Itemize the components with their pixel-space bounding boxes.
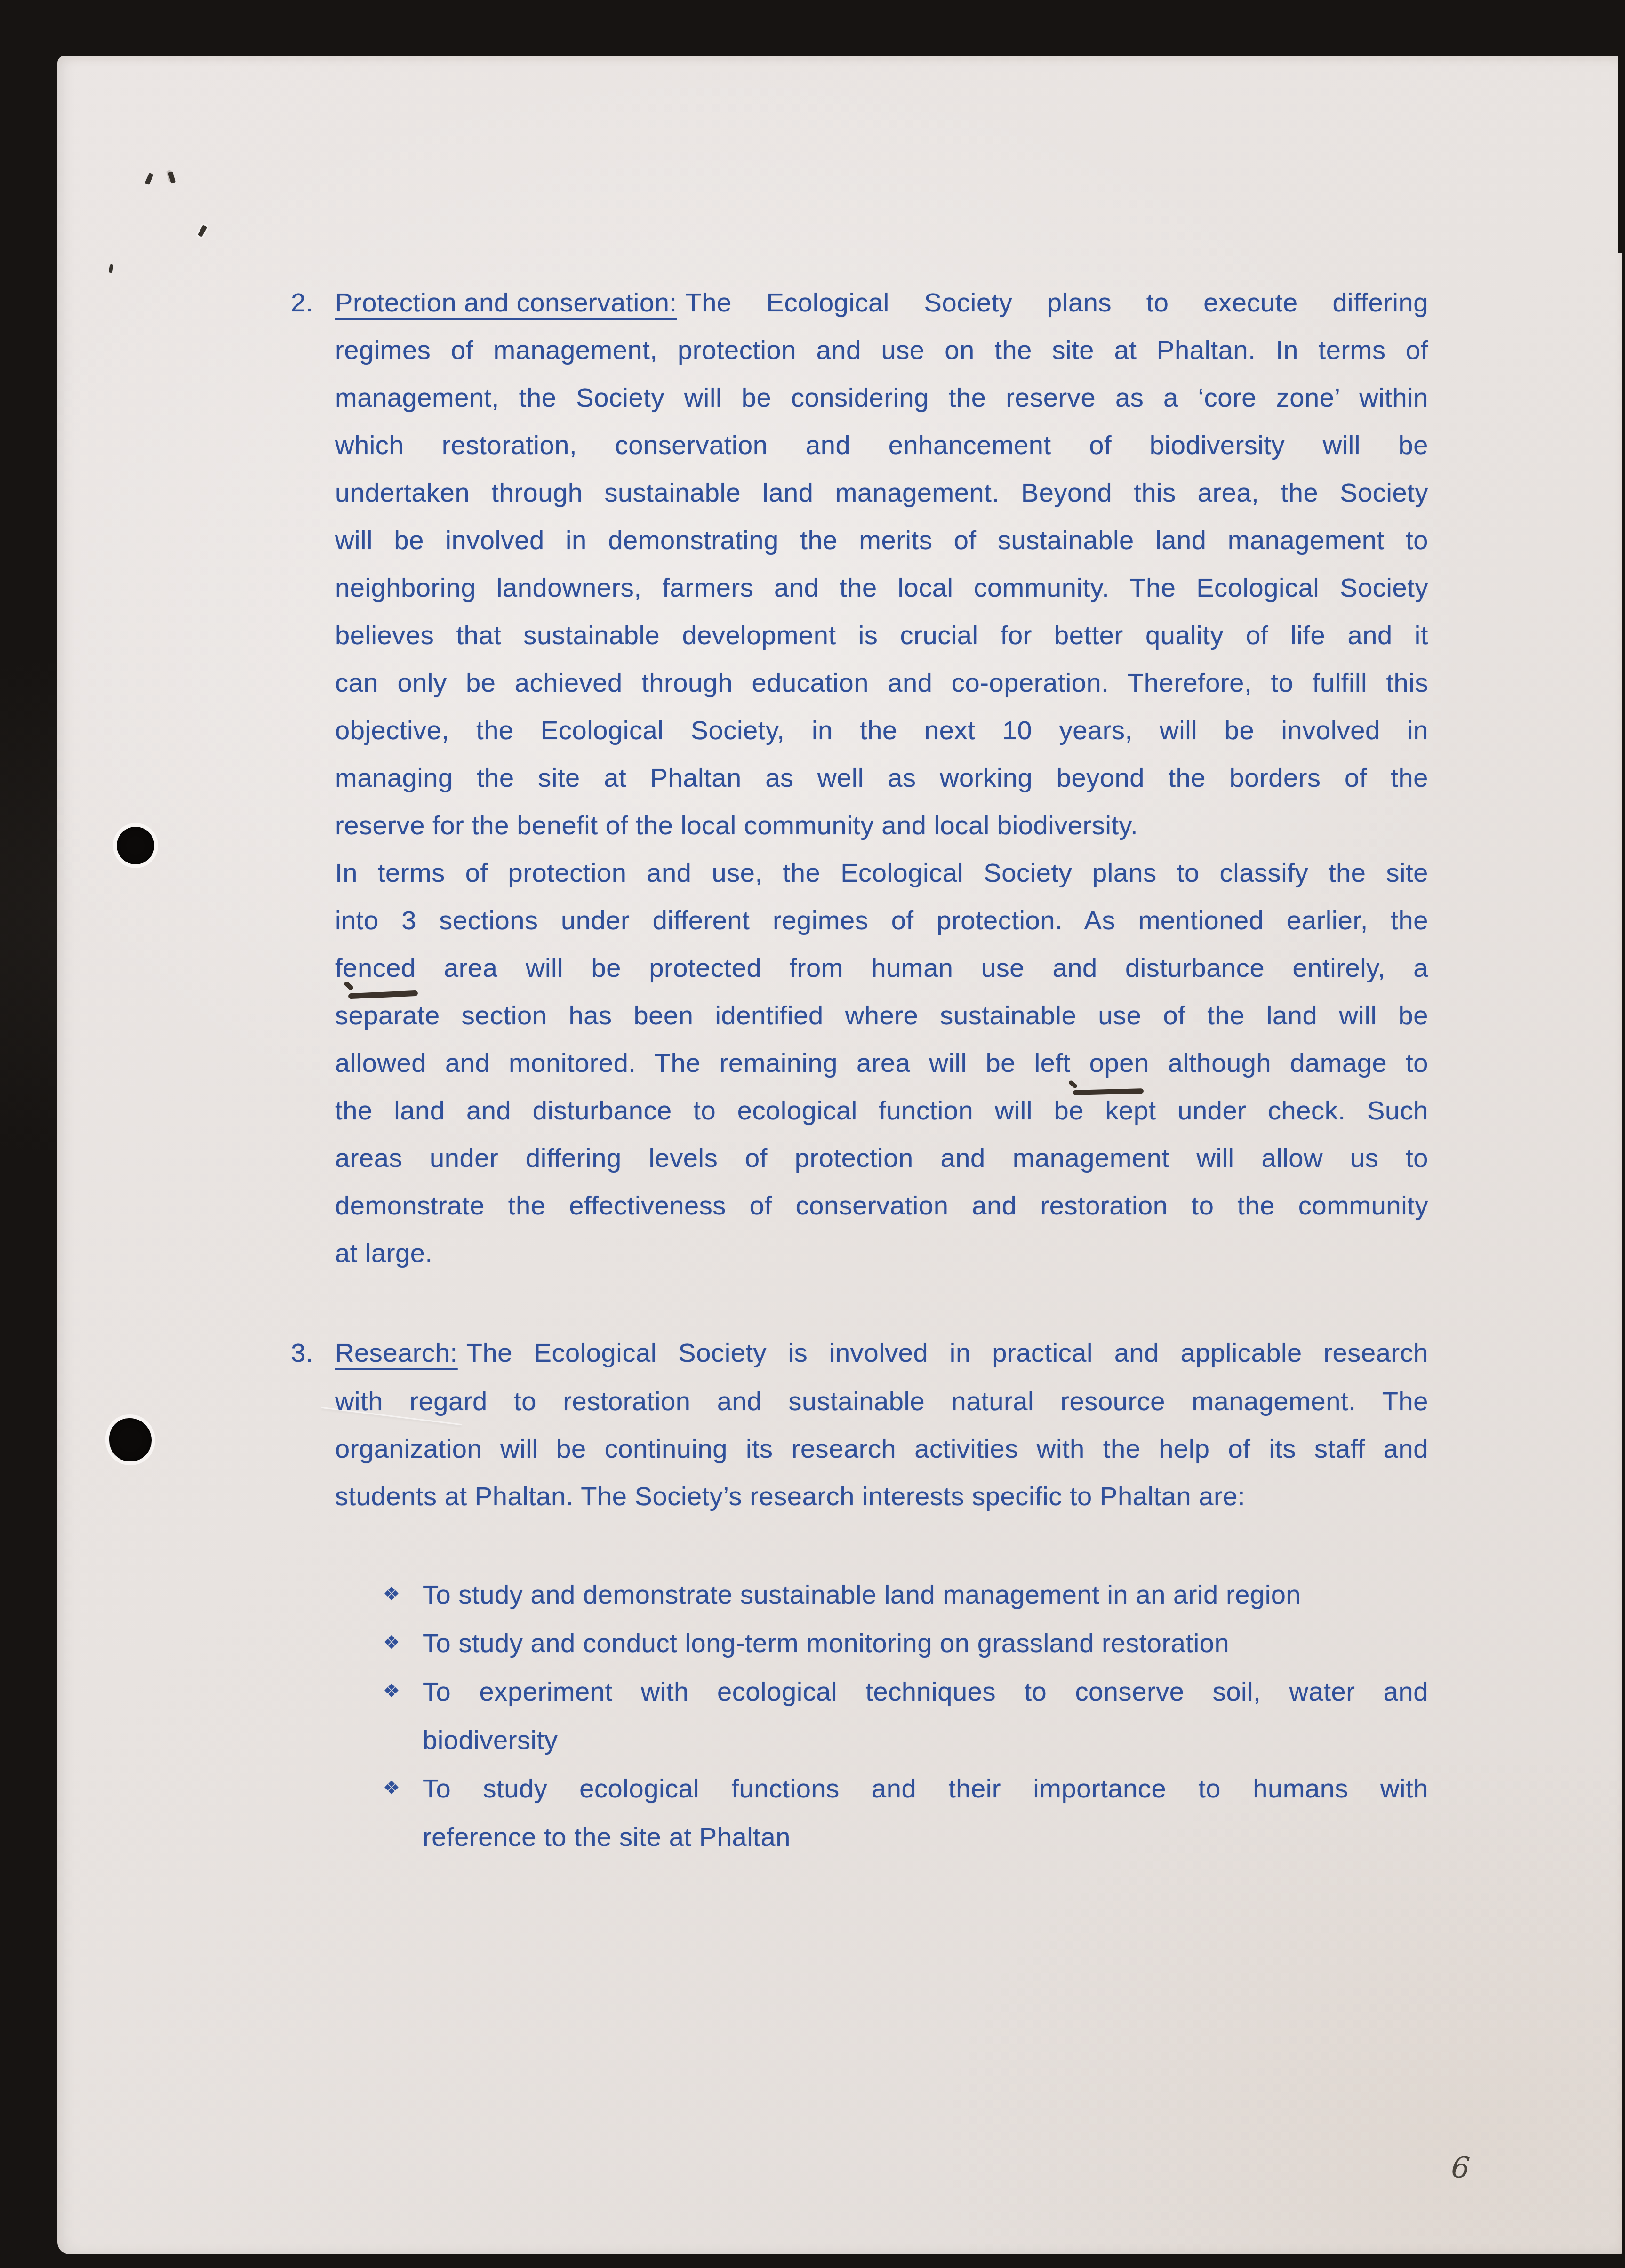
- bullet-diamond-icon: ❖: [383, 1619, 400, 1667]
- punch-hole-top: [117, 827, 154, 864]
- text-line: at large.: [335, 1229, 1428, 1277]
- text-line: managing the site at Phaltan as well as …: [335, 754, 1428, 801]
- section-2-heading-rest: The Ecological Society plans to execute …: [677, 279, 1428, 326]
- section-3-number: 3.: [291, 1329, 335, 1376]
- section-3-heading-rest: The Ecological Society is involved in pr…: [458, 1329, 1428, 1376]
- paper-page: 2. Protection and conservation: The Ecol…: [57, 56, 1622, 2254]
- bullet-diamond-icon: ❖: [383, 1764, 400, 1813]
- staple-mark: [145, 173, 154, 185]
- bullet-line: ❖To study and demonstrate sustainable la…: [335, 1570, 1428, 1619]
- text-line: regimes of management, protection and us…: [335, 326, 1428, 374]
- research-interests-list: ❖To study and demonstrate sustainable la…: [335, 1570, 1428, 1861]
- text-line: will be involved in demonstrating the me…: [335, 516, 1428, 564]
- bullet-line: ❖To experiment with ecological technique…: [335, 1667, 1428, 1716]
- text-line: reserve for the benefit of the local com…: [335, 801, 1428, 849]
- text-line: undertaken through sustainable land mana…: [335, 469, 1428, 516]
- text-line: which restoration, conservation and enha…: [335, 421, 1428, 469]
- text-line: fenced area will be protected from human…: [335, 944, 1428, 991]
- punch-hole-bottom: [109, 1418, 152, 1461]
- text-line: can only be achieved through education a…: [335, 659, 1428, 706]
- staple-mark: [198, 225, 207, 237]
- text-line: demonstrate the effectiveness of conserv…: [335, 1182, 1428, 1229]
- scanned-document-screenshot: { "page": { "number": "6", "background_c…: [0, 0, 1625, 2268]
- text-line: students at Phaltan. The Society’s resea…: [335, 1472, 1428, 1520]
- section-2-heading-line: 2. Protection and conservation: The Ecol…: [291, 279, 1428, 326]
- text-line: allowed and monitored. The remaining are…: [335, 1039, 1428, 1086]
- section-2-paragraph: regimes of management, protection and us…: [335, 326, 1428, 1277]
- text-line: organization will be continuing its rese…: [335, 1425, 1428, 1472]
- paper-edge-shadow: [1618, 56, 1622, 253]
- staple-mark: [108, 264, 113, 273]
- section-2-title: Protection and conservation:: [335, 279, 677, 326]
- text-line: neighboring landowners, farmers and the …: [335, 564, 1428, 611]
- text-line: with regard to restoration and sustainab…: [335, 1377, 1428, 1425]
- section-3-title: Research:: [335, 1329, 458, 1376]
- section-2-number: 2.: [291, 279, 335, 326]
- staple-mark: [168, 171, 176, 184]
- text-line: objective, the Ecological Society, in th…: [335, 706, 1428, 754]
- bullet-line: ❖To study ecological functions and their…: [335, 1764, 1428, 1813]
- text-line: management, the Society will be consider…: [335, 374, 1428, 421]
- bullet-line: ❖To study and conduct long-term monitori…: [335, 1619, 1428, 1667]
- section-3-paragraph: with regard to restoration and sustainab…: [335, 1377, 1428, 1520]
- text-line: separate section has been identified whe…: [335, 991, 1428, 1039]
- handwritten-page-number: 6: [1450, 2150, 1471, 2186]
- bullet-diamond-icon: ❖: [383, 1570, 400, 1619]
- bullet-diamond-icon: ❖: [383, 1667, 400, 1716]
- text-line: areas under differing levels of protecti…: [335, 1134, 1428, 1182]
- bullet-line: biodiversity: [335, 1716, 1428, 1764]
- text-line: the land and disturbance to ecological f…: [335, 1086, 1428, 1134]
- text-line: In terms of protection and use, the Ecol…: [335, 849, 1428, 896]
- bullet-line: reference to the site at Phaltan: [335, 1813, 1428, 1861]
- text-line: believes that sustainable development is…: [335, 611, 1428, 659]
- text-line: into 3 sections under different regimes …: [335, 896, 1428, 944]
- section-3-heading-line: 3. Research: The Ecological Society is i…: [291, 1329, 1428, 1376]
